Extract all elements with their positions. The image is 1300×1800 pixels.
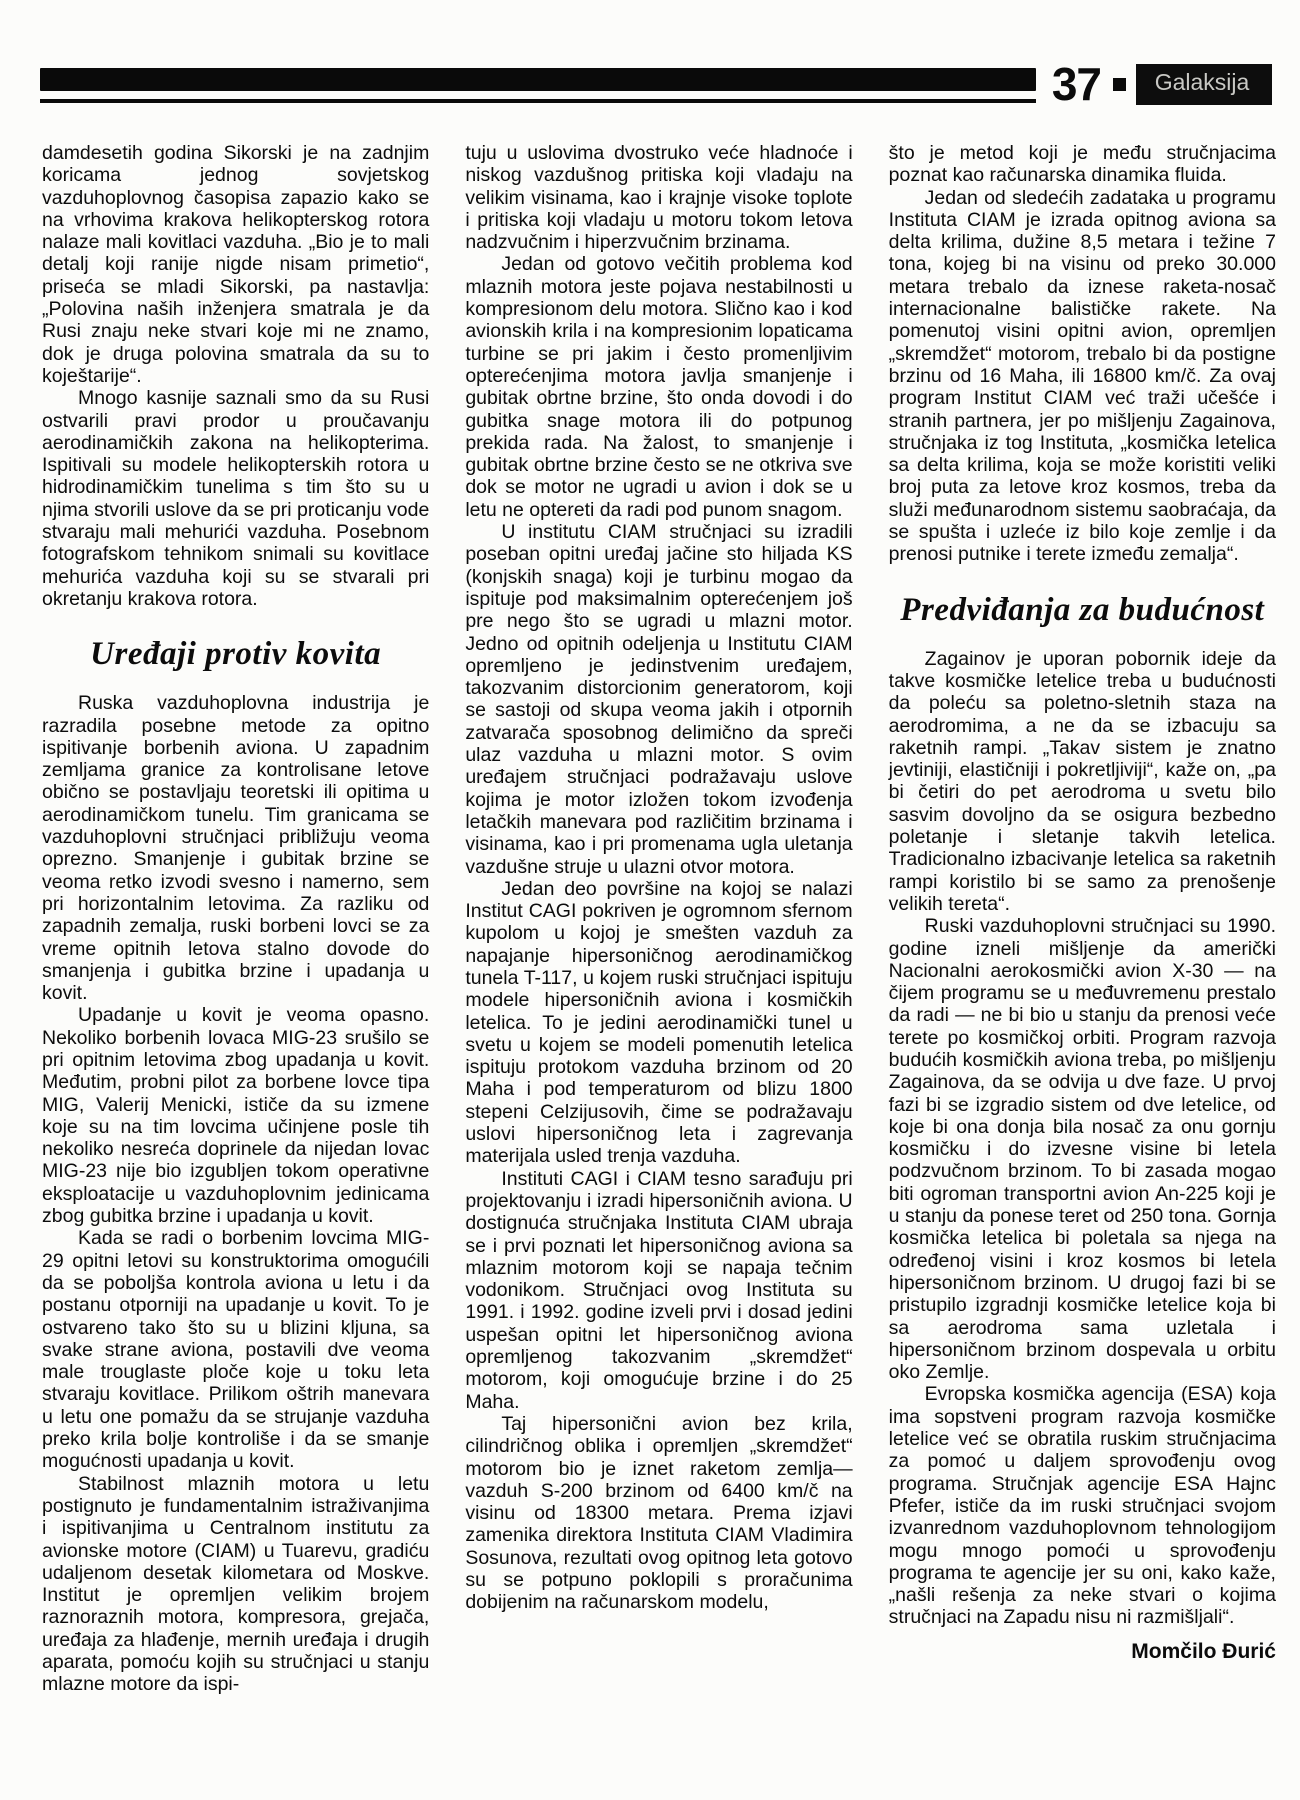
section-heading: Uređaji protiv kovita xyxy=(42,636,429,672)
article-column-3: što je metod koji je među stručnjacima p… xyxy=(889,142,1276,1696)
byline: Momčilo Đurić xyxy=(889,1641,1276,1663)
paragraph: što je metod koji je među stručnjacima p… xyxy=(889,142,1276,187)
paragraph: tuju u uslovima dvostruko veće hladnoće … xyxy=(465,142,852,253)
paragraph: Mnogo kasnije saznali smo da su Rusi ost… xyxy=(42,387,429,610)
article-body: damdesetih godina Sikorski je na zadnjim… xyxy=(42,142,1276,1696)
square-bullet-icon xyxy=(1113,78,1126,91)
paragraph: Ruski vazduhoplovni stručnjaci su 1990. … xyxy=(889,915,1276,1383)
paragraph: Zagainov je uporan pobornik ideje da tak… xyxy=(889,648,1276,916)
paragraph: Stabilnost mlaznih motora u letu postign… xyxy=(42,1473,429,1696)
paragraph: Ruska vazduhoplovna industrija je razrad… xyxy=(42,692,429,1004)
paragraph: Taj hipersonični avion bez krila, cilind… xyxy=(465,1413,852,1614)
header-rule xyxy=(40,62,1036,103)
paragraph: Jedan od gotovo večitih problema kod mla… xyxy=(465,253,852,521)
header-rule-thick xyxy=(40,68,1036,91)
paragraph: Kada se radi o borbenim lovcima MIG-29 o… xyxy=(42,1227,429,1472)
magazine-name-box: Galaksija xyxy=(1136,64,1272,105)
paragraph: U institutu CIAM stručnjaci su izradili … xyxy=(465,521,852,878)
paragraph: Jedan od sledećih zadataka u programu In… xyxy=(889,187,1276,566)
header-rule-thin xyxy=(40,99,1036,103)
article-column-2: tuju u uslovima dvostruko veće hladnoće … xyxy=(465,142,852,1696)
paragraph: Jedan deo površine na kojoj se nalazi In… xyxy=(465,878,852,1168)
paragraph: Upadanje u kovit je veoma opasno. Nekoli… xyxy=(42,1004,429,1227)
article-column-1: damdesetih godina Sikorski je na zadnjim… xyxy=(42,142,429,1696)
paragraph: Evropska kosmička agencija (ESA) koja im… xyxy=(889,1383,1276,1628)
paragraph: Instituti CAGI i CIAM tesno sarađuju pri… xyxy=(465,1168,852,1413)
magazine-name: Galaksija xyxy=(1155,69,1250,95)
page-header: 37 Galaksija xyxy=(40,62,1272,106)
page-number: 37 xyxy=(1052,62,1101,106)
magazine-page: 37 Galaksija damdesetih godina Sikorski … xyxy=(0,0,1300,1800)
paragraph: damdesetih godina Sikorski je na zadnjim… xyxy=(42,142,429,387)
section-heading: Predviđanja za budućnost xyxy=(889,592,1276,628)
